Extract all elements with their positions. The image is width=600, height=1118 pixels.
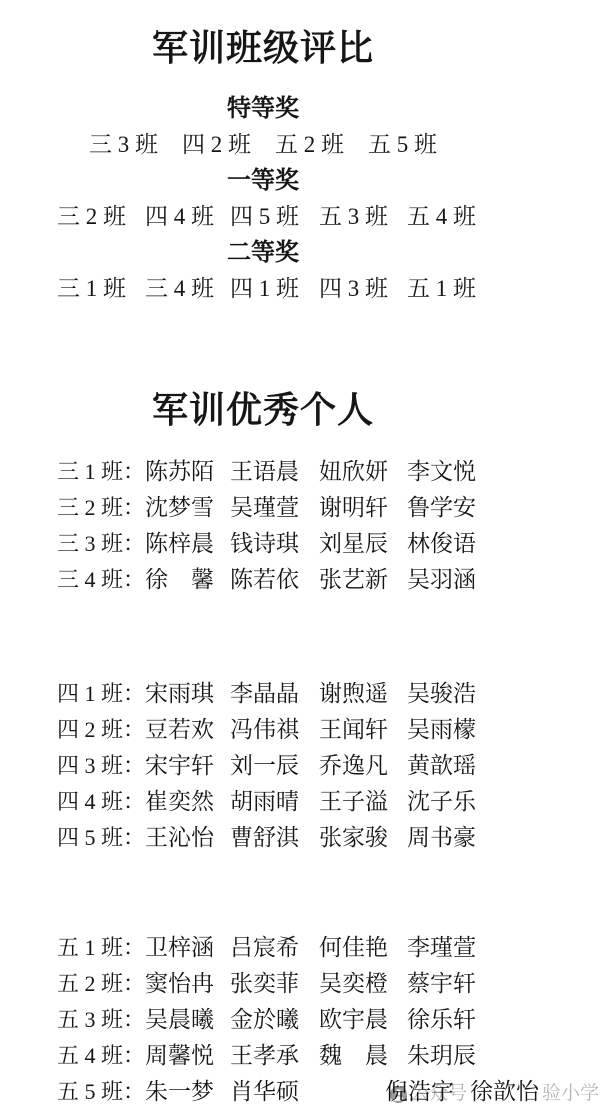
student-name: 宋雨琪	[145, 676, 230, 712]
awards-document: 军训班级评比 特等奖 三 3 班 四 2 班 五 2 班 五 5 班 一等奖 三…	[0, 0, 600, 1118]
student-name: 妞欣妍	[319, 454, 407, 490]
class-label: 五 5 班：	[57, 1074, 145, 1110]
individual-awards-title: 军训优秀个人	[0, 388, 526, 432]
student-name: 周馨悦	[145, 1038, 230, 1074]
student-name: 王闻轩	[319, 712, 407, 748]
class-label: 三 1 班：	[57, 454, 145, 490]
roster-row: 五 3 班： 吴晨曦 金於曦 欧宇晨 徐乐轩	[0, 1002, 600, 1038]
student-name: 鲁学安	[407, 490, 600, 526]
student-name: 王语晨	[230, 454, 319, 490]
student-name: 王子溢	[319, 784, 407, 820]
roster-row: 四 5 班： 王沁怡 曹舒淇 张家骏 周书豪	[0, 820, 600, 856]
student-name: 吴羽涵	[407, 562, 600, 598]
grade-5-roster: 五 1 班： 卫梓涵 吕宸希 何佳艳 李瑾萱 五 2 班： 窦怡冉 张奕菲 吴奕…	[0, 930, 600, 1110]
grade-3-roster: 三 1 班： 陈苏陌 王语晨 妞欣妍 李文悦 三 2 班： 沈梦雪 吴瑾萱 谢明…	[0, 454, 600, 598]
tier-first-class-list: 三 2 班 四 4 班 四 5 班 五 3 班 五 4 班	[0, 199, 600, 235]
student-name: 王孝承	[230, 1038, 319, 1074]
class-entry: 三 4 班	[145, 271, 230, 307]
student-name: 张家骏	[319, 820, 407, 856]
roster-row: 四 3 班： 宋宇轩 刘一辰 乔逸凡 黄歆瑶	[0, 748, 600, 784]
student-name: 吴雨檬	[407, 712, 600, 748]
student-name: 徐歆怡	[470, 1074, 600, 1110]
class-entry: 三 2 班	[57, 199, 145, 235]
roster-row: 四 1 班： 宋雨琪 李晶晶 谢煦遥 吴骏浩	[0, 676, 600, 712]
student-name: 魏 晨	[319, 1038, 407, 1074]
grade-4-roster: 四 1 班： 宋雨琪 李晶晶 谢煦遥 吴骏浩 四 2 班： 豆若欢 冯伟祺 王闻…	[0, 676, 600, 856]
student-name: 刘星辰	[319, 526, 407, 562]
class-label: 五 1 班：	[57, 930, 145, 966]
class-label: 五 4 班：	[57, 1038, 145, 1074]
student-name: 陈若依	[230, 562, 319, 598]
student-name: 豆若欢	[145, 712, 230, 748]
student-name: 钱诗琪	[230, 526, 319, 562]
class-label: 五 2 班：	[57, 966, 145, 1002]
class-entry: 四 1 班	[230, 271, 319, 307]
roster-row: 五 1 班： 卫梓涵 吕宸希 何佳艳 李瑾萱	[0, 930, 600, 966]
student-name: 欧宇晨	[319, 1002, 407, 1038]
student-name: 李瑾萱	[407, 930, 600, 966]
tier-special-class-list: 三 3 班 四 2 班 五 2 班 五 5 班	[0, 127, 526, 163]
student-name: 谢明轩	[319, 490, 407, 526]
student-name: 卫梓涵	[145, 930, 230, 966]
student-name: 何佳艳	[319, 930, 407, 966]
class-entry: 三 3 班	[89, 127, 158, 163]
tier-heading-second-prize: 二等奖	[0, 235, 526, 271]
student-name: 冯伟祺	[230, 712, 319, 748]
tier-heading-special-prize: 特等奖	[0, 91, 526, 127]
student-name: 陈梓晨	[145, 526, 230, 562]
student-name: 谢煦遥	[319, 676, 407, 712]
roster-row: 三 1 班： 陈苏陌 王语晨 妞欣妍 李文悦	[0, 454, 600, 490]
class-label: 三 2 班：	[57, 490, 145, 526]
document-content: 军训班级评比 特等奖 三 3 班 四 2 班 五 2 班 五 5 班 一等奖 三…	[0, 0, 600, 1110]
roster-row: 三 2 班： 沈梦雪 吴瑾萱 谢明轩 鲁学安	[0, 490, 600, 526]
class-entry: 四 4 班	[145, 199, 230, 235]
student-name: 李晶晶	[230, 676, 319, 712]
student-name: 徐 馨	[145, 562, 230, 598]
class-entry: 五 4 班	[407, 199, 600, 235]
class-entry: 四 2 班	[182, 127, 251, 163]
class-label: 四 2 班：	[57, 712, 145, 748]
student-name: 张奕菲	[230, 966, 319, 1002]
student-name: 肖华硕	[230, 1074, 319, 1110]
student-name: 倪浩宇	[385, 1074, 473, 1110]
class-label: 四 3 班：	[57, 748, 145, 784]
student-name: 金於曦	[230, 1002, 319, 1038]
student-name: 黄歆瑶	[407, 748, 600, 784]
class-awards-title: 军训班级评比	[0, 26, 526, 70]
student-name: 张艺新	[319, 562, 407, 598]
student-name: 吴瑾萱	[230, 490, 319, 526]
class-label: 三 4 班：	[57, 562, 145, 598]
student-name: 吕宸希	[230, 930, 319, 966]
student-name: 陈苏陌	[145, 454, 230, 490]
student-name: 吴晨曦	[145, 1002, 230, 1038]
student-name: 朱玥辰	[407, 1038, 600, 1074]
student-name: 李文悦	[407, 454, 600, 490]
roster-row: 四 2 班： 豆若欢 冯伟祺 王闻轩 吴雨檬	[0, 712, 600, 748]
roster-row: 五 4 班： 周馨悦 王孝承 魏 晨 朱玥辰	[0, 1038, 600, 1074]
class-label: 四 4 班：	[57, 784, 145, 820]
student-name: 宋宇轩	[145, 748, 230, 784]
student-name: 窦怡冉	[145, 966, 230, 1002]
student-name: 徐乐轩	[407, 1002, 600, 1038]
class-label: 四 1 班：	[57, 676, 145, 712]
student-name: 蔡宇轩	[407, 966, 600, 1002]
tier-heading-first-prize: 一等奖	[0, 163, 526, 199]
student-name: 沈梦雪	[145, 490, 230, 526]
class-entry: 四 3 班	[319, 271, 407, 307]
student-name: 林俊语	[407, 526, 600, 562]
class-entry: 四 5 班	[230, 199, 319, 235]
student-name: 乔逸凡	[319, 748, 407, 784]
student-name: 刘一辰	[230, 748, 319, 784]
roster-row: 五 5 班： 朱一梦 肖华硕 倪浩宇 徐歆怡	[0, 1074, 600, 1110]
class-entry: 五 2 班	[275, 127, 344, 163]
student-name: 周书豪	[407, 820, 600, 856]
student-name: 曹舒淇	[230, 820, 319, 856]
class-entry: 五 3 班	[319, 199, 407, 235]
class-entry: 五 5 班	[368, 127, 437, 163]
class-label: 四 5 班：	[57, 820, 145, 856]
roster-row: 五 2 班： 窦怡冉 张奕菲 吴奕橙 蔡宇轩	[0, 966, 600, 1002]
student-name: 胡雨晴	[230, 784, 319, 820]
roster-row: 三 4 班： 徐 馨 陈若依 张艺新 吴羽涵	[0, 562, 600, 598]
student-name: 王沁怡	[145, 820, 230, 856]
student-name: 崔奕然	[145, 784, 230, 820]
class-label: 五 3 班：	[57, 1002, 145, 1038]
class-entry: 三 1 班	[57, 271, 145, 307]
tier-second-class-list: 三 1 班 三 4 班 四 1 班 四 3 班 五 1 班	[0, 271, 600, 307]
roster-row: 四 4 班： 崔奕然 胡雨晴 王子溢 沈子乐	[0, 784, 600, 820]
student-name: 吴奕橙	[319, 966, 407, 1002]
roster-row: 三 3 班： 陈梓晨 钱诗琪 刘星辰 林俊语	[0, 526, 600, 562]
student-name: 朱一梦	[145, 1074, 230, 1110]
class-label: 三 3 班：	[57, 526, 145, 562]
student-name: 沈子乐	[407, 784, 600, 820]
class-entry: 五 1 班	[407, 271, 600, 307]
student-name: 吴骏浩	[407, 676, 600, 712]
